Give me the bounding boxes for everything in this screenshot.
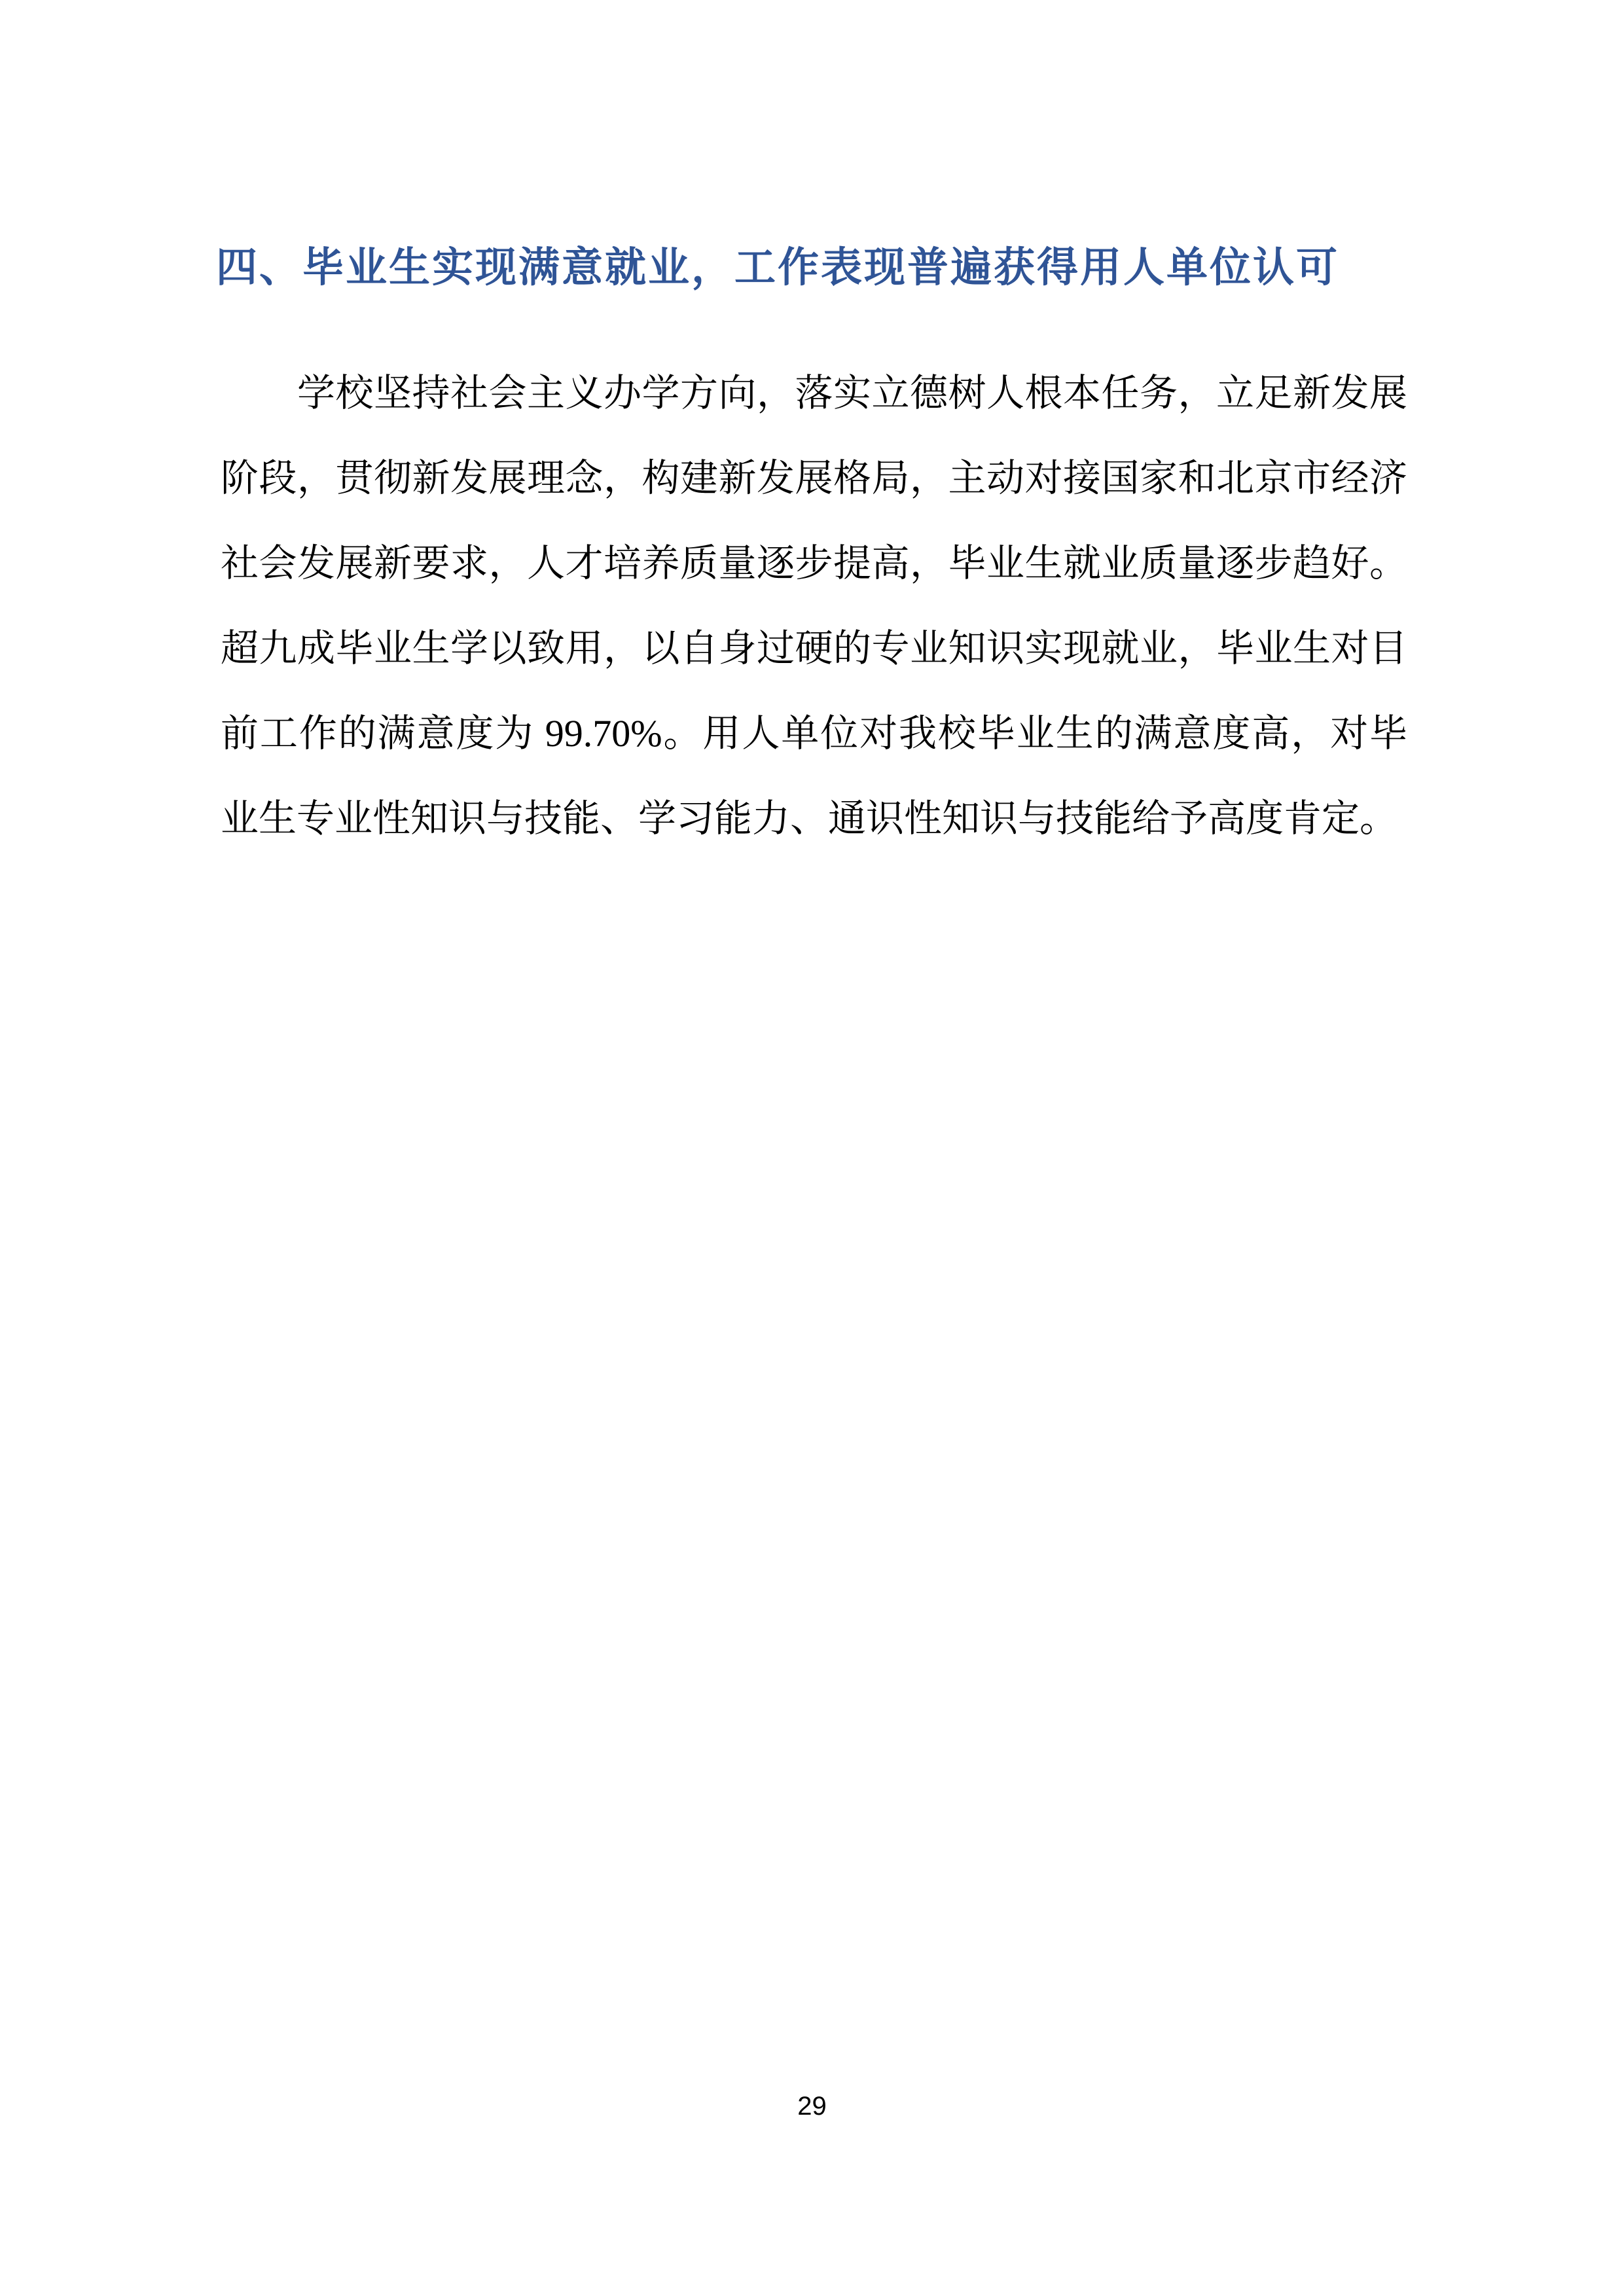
page-number: 29 [0,2092,1624,2121]
body-paragraph: 学校坚持社会主义办学方向，落实立德树人根本任务，立足新发展阶段，贯彻新发展理念，… [221,351,1407,861]
section-heading: 四、毕业生实现满意就业，工作表现普遍获得用人单位认可 [216,242,1447,294]
document-page: 四、毕业生实现满意就业，工作表现普遍获得用人单位认可 学校坚持社会主义办学方向，… [0,0,1624,2296]
